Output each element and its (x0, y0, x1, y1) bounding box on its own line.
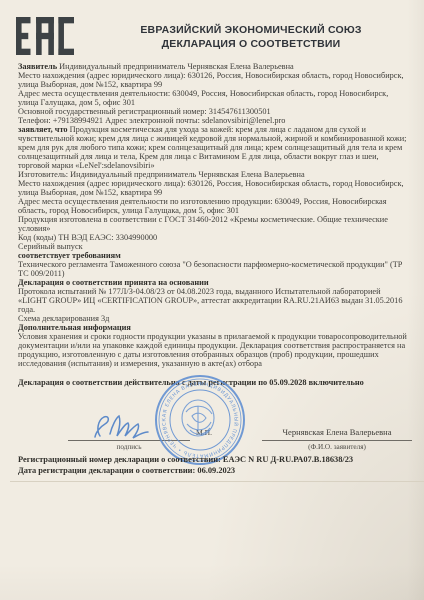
production-address: Адрес места осуществления деятельности п… (18, 197, 409, 215)
declaration-scheme: Схема декларирования 3д (18, 314, 409, 323)
applicant-ogrn: Основной государственный регистрационный… (18, 107, 409, 116)
round-stamp: ИНДИВИДУАЛЬНЫЙ ПРЕДПРИНИМАТЕЛЬ • ЧЕРНЯВС… (152, 372, 248, 468)
regulation-line: Технического регламента Таможенного союз… (18, 260, 409, 278)
manufacturer-line: Изготовитель: Индивидуальный предпринима… (18, 170, 409, 179)
gost-line: Продукция изготовлена в соответствии с Г… (18, 215, 409, 233)
product-description: Продукция косметическая для ухода за кож… (18, 125, 406, 170)
document-header: ЕВРАЗИЙСКИЙ ЭКОНОМИЧЕСКИЙ СОЮЗ ДЕКЛАРАЦИ… (92, 23, 410, 51)
declares-label: заявляет, что (18, 125, 68, 134)
stamp-emblem (182, 400, 214, 436)
eac-mark-icon (16, 17, 74, 55)
registration-number: Регистрационный номер декларации о соотв… (18, 455, 409, 466)
signer-name-line (262, 440, 412, 441)
applicant-location: Место нахождения (адрес юридического лиц… (18, 71, 409, 89)
applicant-activity-address: Адрес места осуществления деятельности: … (18, 89, 409, 107)
handwritten-signature (86, 412, 152, 442)
applicant-label: Заявитель (18, 62, 57, 71)
compliance-heading: соответствует требованиям (18, 251, 409, 260)
signer-name-caption: (Ф.И.О. заявителя) (262, 443, 412, 451)
manufacturer-location: Место нахождения (адрес юридического лиц… (18, 179, 409, 197)
applicant-contacts: Телефон: +79138994921 Адрес электронной … (18, 116, 409, 125)
applicant-name: Индивидуальный предприниматель Чернявска… (59, 62, 294, 71)
document-body: Заявитель Индивидуальный предприниматель… (18, 62, 409, 387)
declaration-document: ЕВРАЗИЙСКИЙ ЭКОНОМИЧЕСКИЙ СОЮЗ ДЕКЛАРАЦИ… (0, 0, 424, 600)
additional-info-heading: Дополнительная информация (18, 323, 409, 332)
test-protocol: Протокола испытаний № 177Л/З-04.08/23 от… (18, 287, 409, 314)
registration-date: Дата регистрации декларации о соответств… (18, 466, 409, 477)
basis-heading: Декларация о соответствии принята на осн… (18, 278, 409, 287)
tnved-code: Код (коды) ТН ВЭД ЕАЭС: 3304990000 (18, 233, 409, 242)
applicant-line: Заявитель Индивидуальный предприниматель… (18, 62, 409, 71)
footer-divider (10, 481, 424, 482)
product-declaration: заявляет, что Продукция косметическая дл… (18, 125, 409, 170)
additional-info-text: Условия хранения и сроки годности продук… (18, 332, 409, 368)
registration-block: Регистрационный номер декларации о соотв… (18, 455, 409, 476)
release-type: Серийный выпуск (18, 242, 409, 251)
signer-name: Чернявская Елена Валерьевна (262, 427, 412, 437)
document-title: ДЕКЛАРАЦИЯ О СООТВЕТСТВИИ (92, 37, 410, 51)
union-title: ЕВРАЗИЙСКИЙ ЭКОНОМИЧЕСКИЙ СОЮЗ (92, 23, 410, 37)
